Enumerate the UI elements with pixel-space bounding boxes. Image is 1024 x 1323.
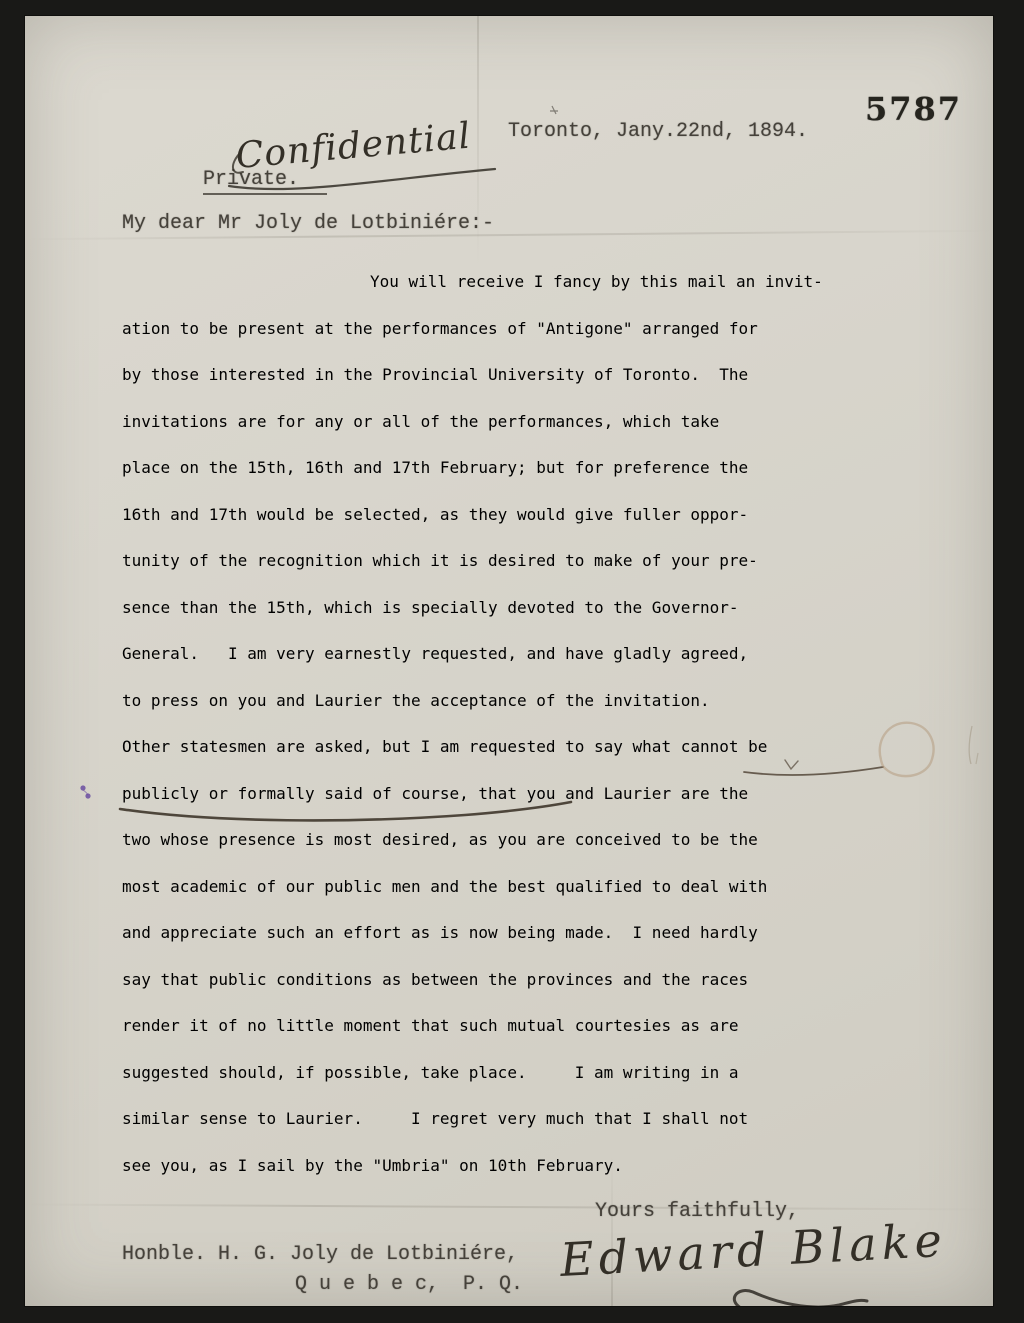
- edge-mark: [969, 726, 972, 764]
- body-line: most academic of our public men and the …: [122, 864, 952, 911]
- signature-flourish: [734, 1291, 867, 1306]
- dateline: Toronto, Jany.22nd, 1894.: [508, 120, 808, 143]
- body-line: suggested should, if possible, take plac…: [122, 1050, 952, 1097]
- body-line: two whose presence is most desired, as y…: [122, 817, 952, 864]
- body-line: similar sense to Laurier. I regret very …: [122, 1096, 952, 1143]
- body-line: render it of no little moment that such …: [122, 1003, 952, 1050]
- fold-crease: [25, 1203, 993, 1210]
- body-line: say that public conditions as between th…: [122, 957, 952, 1004]
- salutation: My dear Mr Joly de Lotbiniére:-: [122, 212, 494, 235]
- body-line: General. I am very earnestly requested, …: [122, 631, 952, 678]
- margin-mark: [80, 785, 90, 798]
- recipient-name: Honble. H. G. Joly de Lotbiniére,: [122, 1243, 518, 1266]
- closing-line: Yours faithfully,: [595, 1200, 799, 1223]
- private-label: Private.: [155, 145, 327, 218]
- archive-number-stamp: 5787: [865, 90, 962, 128]
- private-label-text: Private.: [203, 168, 327, 195]
- body-line: sence than the 15th, which is specially …: [122, 585, 952, 632]
- letter-page: 5787 Toronto, Jany.22nd, 1894. Private. …: [25, 16, 993, 1306]
- letter-body: You will receive I fancy by this mail an…: [122, 259, 952, 1189]
- body-line: publicly or formally said of course, tha…: [122, 771, 952, 818]
- body-line: and appreciate such an effort as is now …: [122, 910, 952, 957]
- body-line: 16th and 17th would be selected, as they…: [122, 492, 952, 539]
- ink-speck: [550, 106, 558, 114]
- recipient-address: Q u e b e c, P. Q.: [295, 1273, 523, 1296]
- edge-mark: [976, 753, 978, 764]
- body-line: to press on you and Laurier the acceptan…: [122, 678, 952, 725]
- signature-script-text: Edward Blake: [558, 1213, 948, 1287]
- body-line: by those interested in the Provincial Un…: [122, 352, 952, 399]
- body-line: tunity of the recognition which it is de…: [122, 538, 952, 585]
- signature-handwriting: Edward Blake: [558, 1213, 948, 1306]
- body-line: place on the 15th, 16th and 17th Februar…: [122, 445, 952, 492]
- body-line: Other statesmen are asked, but I am requ…: [122, 724, 952, 771]
- body-line: You will receive I fancy by this mail an…: [122, 259, 952, 306]
- body-line: invitations are for any or all of the pe…: [122, 399, 952, 446]
- body-line: ation to be present at the performances …: [122, 306, 952, 353]
- body-line: see you, as I sail by the "Umbria" on 10…: [122, 1143, 952, 1190]
